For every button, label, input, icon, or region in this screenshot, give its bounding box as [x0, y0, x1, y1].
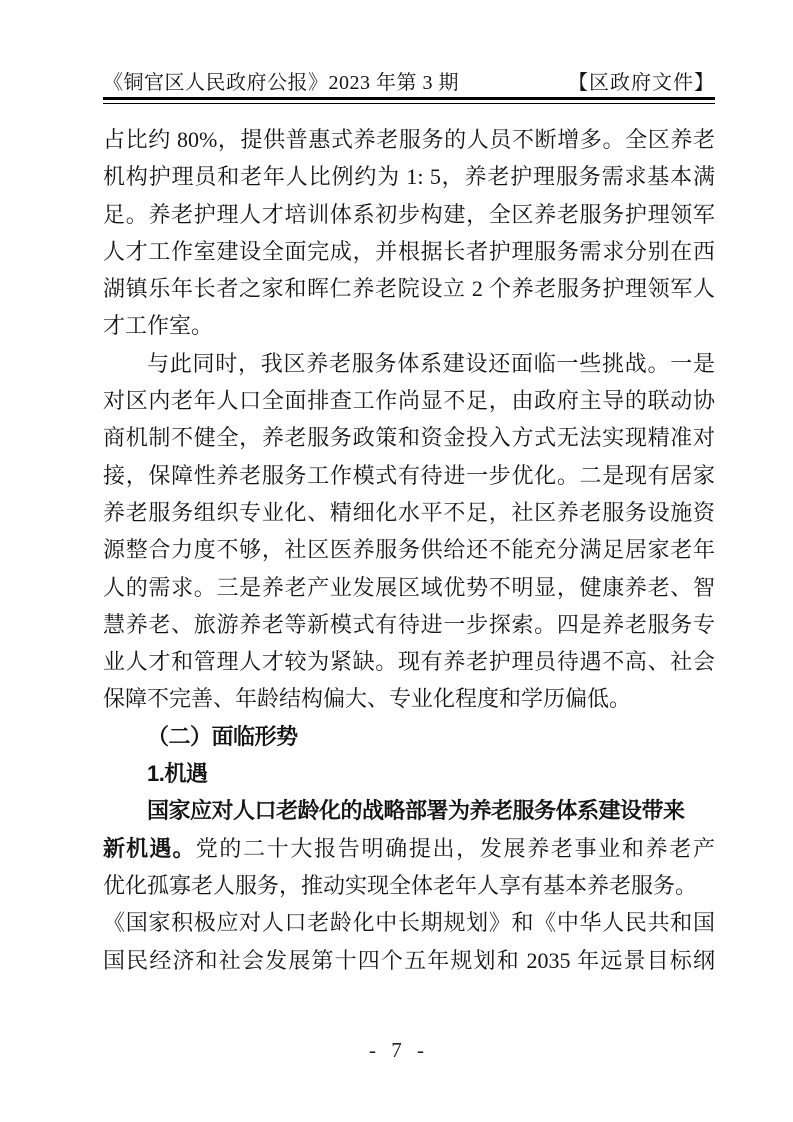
- text-line: 足。养老护理人才培训体系初步构建，全区养老服务护理领军: [103, 196, 715, 233]
- text-run: 湖镇乐年长者之家和晖仁养老院设立 2 个养老服务护理领军人: [103, 276, 715, 301]
- gazette-page: 《铜官区人民政府公报》2023 年第 3 期 【区政府文件】 占比约 80%，提…: [0, 0, 793, 1122]
- text-run: 商机制不健全，养老服务政策和资金投入方式无法实现精准对: [103, 425, 715, 450]
- text-line: （二）面临形势: [103, 718, 715, 755]
- bold-text-run: （二）面临形势: [147, 724, 298, 749]
- text-run: 对区内老年人口全面排查工作尚显不足，由政府主导的联动协: [103, 388, 715, 413]
- text-run: 人才工作室建设全面完成，并根据长者护理服务需求分别在西: [103, 239, 715, 264]
- text-line: 慧养老、旅游养老等新模式有待进一步探索。四是养老服务专: [103, 606, 715, 643]
- text-line: 1.机遇: [103, 755, 715, 792]
- text-line: 养老服务组织专业化、精细化水平不足，社区养老服务设施资: [103, 494, 715, 531]
- text-run: 业人才和管理人才较为紧缺。现有养老护理员待遇不高、社会: [103, 649, 715, 674]
- text-line: 对区内老年人口全面排查工作尚显不足，由政府主导的联动协: [103, 382, 715, 419]
- text-run: 党的二十大报告明确提出，发展养老事业和养老产业，: [103, 836, 715, 867]
- text-line: 人的需求。三是养老产业发展区域优势不明显，健康养老、智: [103, 569, 715, 606]
- text-line: 湖镇乐年长者之家和晖仁养老院设立 2 个养老服务护理领军人: [103, 270, 715, 307]
- text-run: 占比约 80%，提供普惠式养老服务的人员不断增多。全区养老: [103, 127, 715, 152]
- text-line: 占比约 80%，提供普惠式养老服务的人员不断增多。全区养老: [103, 121, 715, 158]
- text-run: 《国家积极应对人口老龄化中长期规划》和《中华人民共和国: [103, 910, 715, 935]
- bold-text-run: 新机遇。: [103, 836, 196, 861]
- text-run: 养老服务组织专业化、精细化水平不足，社区养老服务设施资: [103, 500, 715, 525]
- text-run: 慧养老、旅游养老等新模式有待进一步探索。四是养老服务专: [103, 612, 715, 637]
- page-footer: - 7 -: [0, 1038, 793, 1063]
- text-run: 机构护理员和老年人比例约为 1: 5，养老护理服务需求基本满: [103, 164, 715, 189]
- gazette-title: 《铜官区人民政府公报》2023 年第 3 期: [103, 66, 459, 95]
- document-body: 占比约 80%，提供普惠式养老服务的人员不断增多。全区养老机构护理员和老年人比例…: [103, 121, 715, 979]
- text-line: 才工作室。: [103, 307, 715, 344]
- text-run: 才工作室。: [103, 313, 213, 338]
- text-line: 源整合力度不够，社区医养服务供给还不能充分满足居家老年: [103, 531, 715, 568]
- text-line: 业人才和管理人才较为紧缺。现有养老护理员待遇不高、社会: [103, 643, 715, 680]
- page-number: - 7 -: [369, 1038, 424, 1062]
- text-line: 接，保障性养老服务工作模式有待进一步优化。二是现有居家: [103, 457, 715, 494]
- text-run: 人的需求。三是养老产业发展区域优势不明显，健康养老、智: [103, 575, 715, 600]
- text-line: 优化孤寡老人服务，推动实现全体老年人享有基本养老服务。: [103, 867, 715, 904]
- bold-text-run: 1.机遇: [147, 761, 207, 786]
- text-line: 新机遇。党的二十大报告明确提出，发展养老事业和养老产业，: [103, 830, 715, 867]
- text-line: 保障不完善、年龄结构偏大、专业化程度和学历偏低。: [103, 680, 715, 717]
- page-header: 《铜官区人民政府公报》2023 年第 3 期 【区政府文件】: [103, 66, 715, 95]
- text-run: 源整合力度不够，社区医养服务供给还不能充分满足居家老年: [103, 537, 715, 562]
- header-rule-thick: [103, 97, 715, 100]
- header-rule-thin: [103, 103, 715, 104]
- text-line: 国家应对人口老龄化的战略部署为养老服务体系建设带来: [103, 792, 715, 829]
- text-line: 机构护理员和老年人比例约为 1: 5，养老护理服务需求基本满: [103, 158, 715, 195]
- text-line: 商机制不健全，养老服务政策和资金投入方式无法实现精准对: [103, 419, 715, 456]
- text-line: 人才工作室建设全面完成，并根据长者护理服务需求分别在西: [103, 233, 715, 270]
- text-line: 与此同时，我区养老服务体系建设还面临一些挑战。一是: [103, 345, 715, 382]
- text-run: 足。养老护理人才培训体系初步构建，全区养老服务护理领军: [103, 202, 715, 227]
- text-run: 与此同时，我区养老服务体系建设还面临一些挑战。一是: [147, 351, 715, 376]
- document-category-tag: 【区政府文件】: [568, 66, 715, 95]
- text-line: 国民经济和社会发展第十四个五年规划和 2035 年远景目标纲: [103, 942, 715, 979]
- bold-text-run: 国家应对人口老龄化的战略部署为养老服务体系建设带来: [147, 798, 685, 823]
- text-run: 优化孤寡老人服务，推动实现全体老年人享有基本养老服务。: [103, 873, 697, 898]
- text-line: 《国家积极应对人口老龄化中长期规划》和《中华人民共和国: [103, 904, 715, 941]
- text-run: 接，保障性养老服务工作模式有待进一步优化。二是现有居家: [103, 463, 715, 488]
- text-run: 保障不完善、年龄结构偏大、专业化程度和学历偏低。: [103, 686, 631, 711]
- text-run: 国民经济和社会发展第十四个五年规划和 2035 年远景目标纲: [103, 948, 715, 973]
